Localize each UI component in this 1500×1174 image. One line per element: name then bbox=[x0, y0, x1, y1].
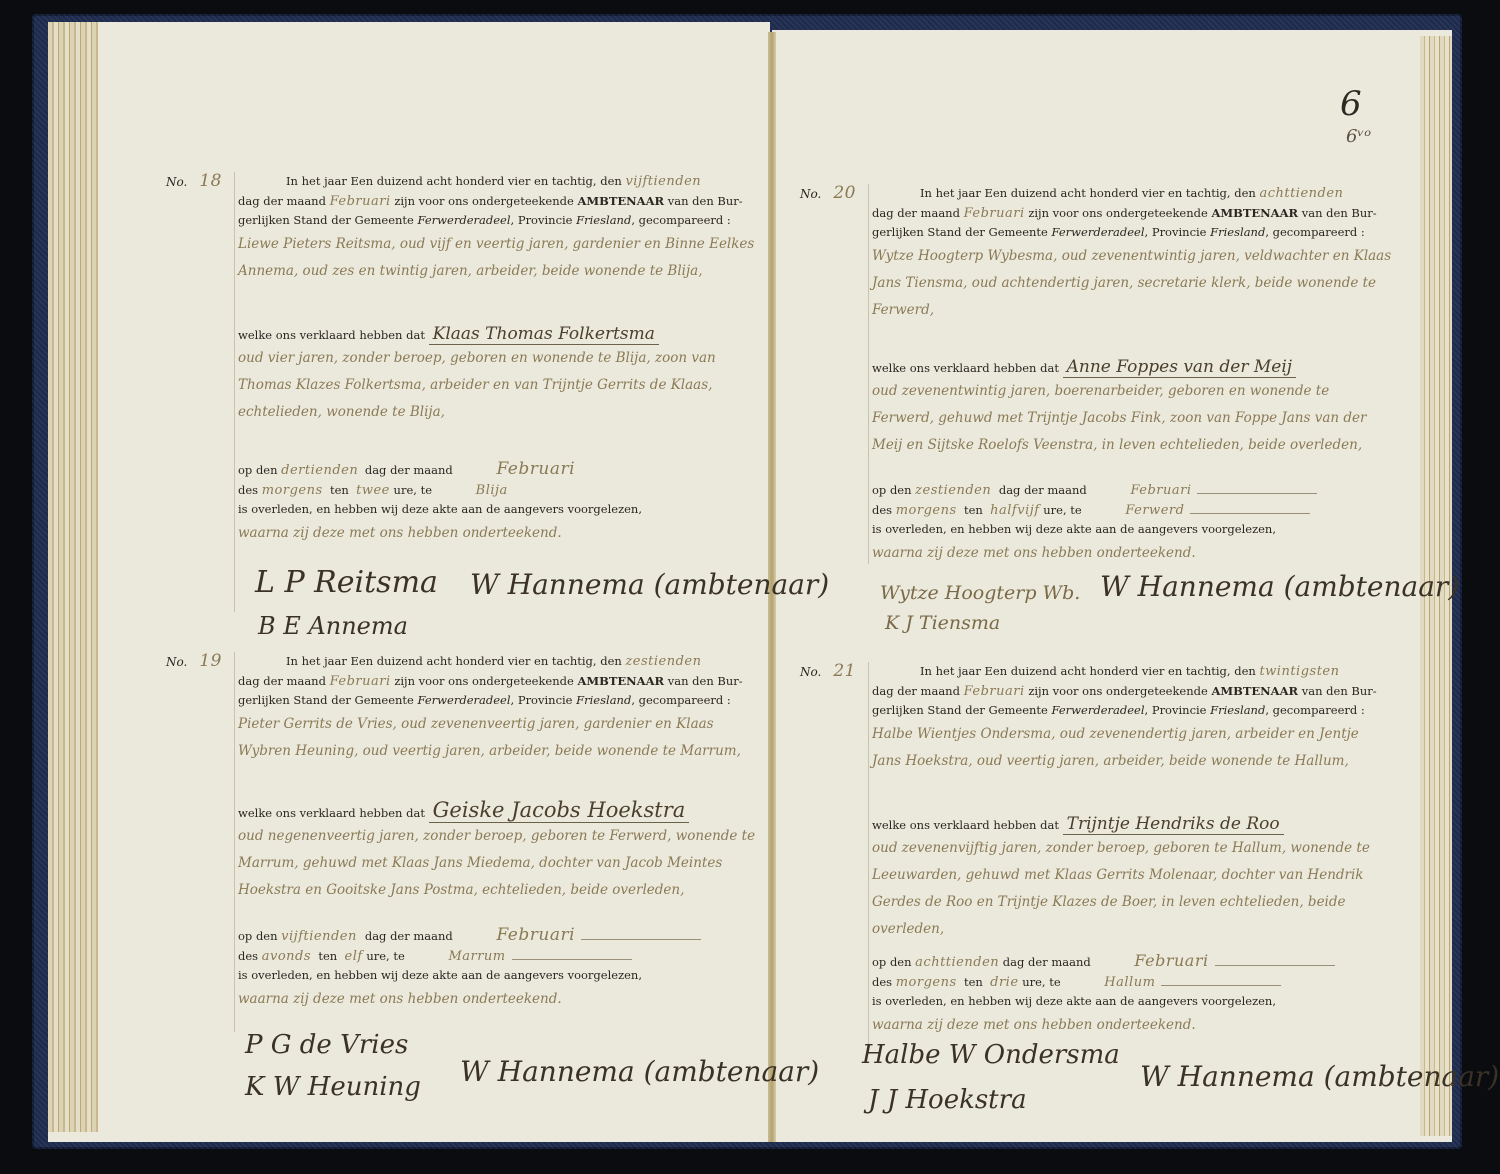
deceased-details: oud zevenentwintig jaren, boerenarbeider… bbox=[872, 378, 1392, 459]
signature-official: W Hannema (ambtenaar) bbox=[470, 568, 829, 601]
signature-official: W Hannema (ambtenaar) bbox=[460, 1055, 819, 1088]
informants-text: Pieter Gerrits de Vries, oud zevenenveer… bbox=[238, 711, 758, 765]
register-entry-19: No.19 In het jaar Een duizend acht honde… bbox=[238, 652, 758, 1013]
deceased-name: Klaas Thomas Folkertsma bbox=[429, 324, 659, 345]
informants-text: Liewe Pieters Reitsma, oud vijf en veert… bbox=[238, 231, 758, 285]
informants-text: Halbe Wientjes Ondersma, oud zevenendert… bbox=[872, 721, 1392, 775]
register-entry-21: No.21 In het jaar Een duizend acht honde… bbox=[872, 662, 1392, 1039]
register-entry-20: No.20 In het jaar Een duizend acht honde… bbox=[872, 184, 1392, 567]
deceased-name: Anne Foppes van der Meij bbox=[1063, 357, 1296, 378]
signature-informant-1: L P Reitsma bbox=[255, 565, 438, 600]
register-entry-18: No.18 In het jaar Een duizend acht honde… bbox=[238, 172, 758, 547]
deceased-details: oud zevenenvijftig jaren, zonder beroep,… bbox=[872, 835, 1392, 943]
signature-informant-2: J J Hoekstra bbox=[868, 1085, 1027, 1115]
deceased-details: oud negenenveertig jaren, zonder beroep,… bbox=[238, 823, 758, 904]
signature-official: W Hannema (ambtenaar) bbox=[1140, 1060, 1499, 1093]
signature-official: W Hannema (ambtenaar) bbox=[1100, 570, 1459, 603]
signature-informant-1: P G de Vries bbox=[245, 1030, 408, 1060]
deceased-name: Trijntje Hendriks de Roo bbox=[1063, 814, 1284, 835]
signature-informant-2: B E Annema bbox=[258, 612, 408, 640]
left-page-edges bbox=[48, 22, 98, 1132]
entry-number: No.18 bbox=[166, 172, 222, 193]
signature-informant-2: K W Heuning bbox=[245, 1072, 421, 1102]
signature-informant-1: Halbe W Ondersma bbox=[862, 1040, 1120, 1070]
page-number-note: 6ᵛᵒ bbox=[1346, 126, 1371, 147]
entry-number: No.20 bbox=[800, 184, 856, 205]
informants-text: Wytze Hoogterp Wybesma, oud zevenentwint… bbox=[872, 243, 1392, 324]
deceased-name: Geiske Jacobs Hoekstra bbox=[429, 798, 690, 823]
signature-informant-2: K J Tiensma bbox=[885, 612, 1000, 634]
signature-informant-1: Wytze Hoogterp Wb. bbox=[880, 582, 1080, 604]
entry-number: No.19 bbox=[166, 652, 222, 673]
page-number: 6 bbox=[1340, 84, 1362, 124]
entry-number: No.21 bbox=[800, 662, 856, 683]
deceased-details: oud vier jaren, zonder beroep, geboren e… bbox=[238, 345, 758, 426]
